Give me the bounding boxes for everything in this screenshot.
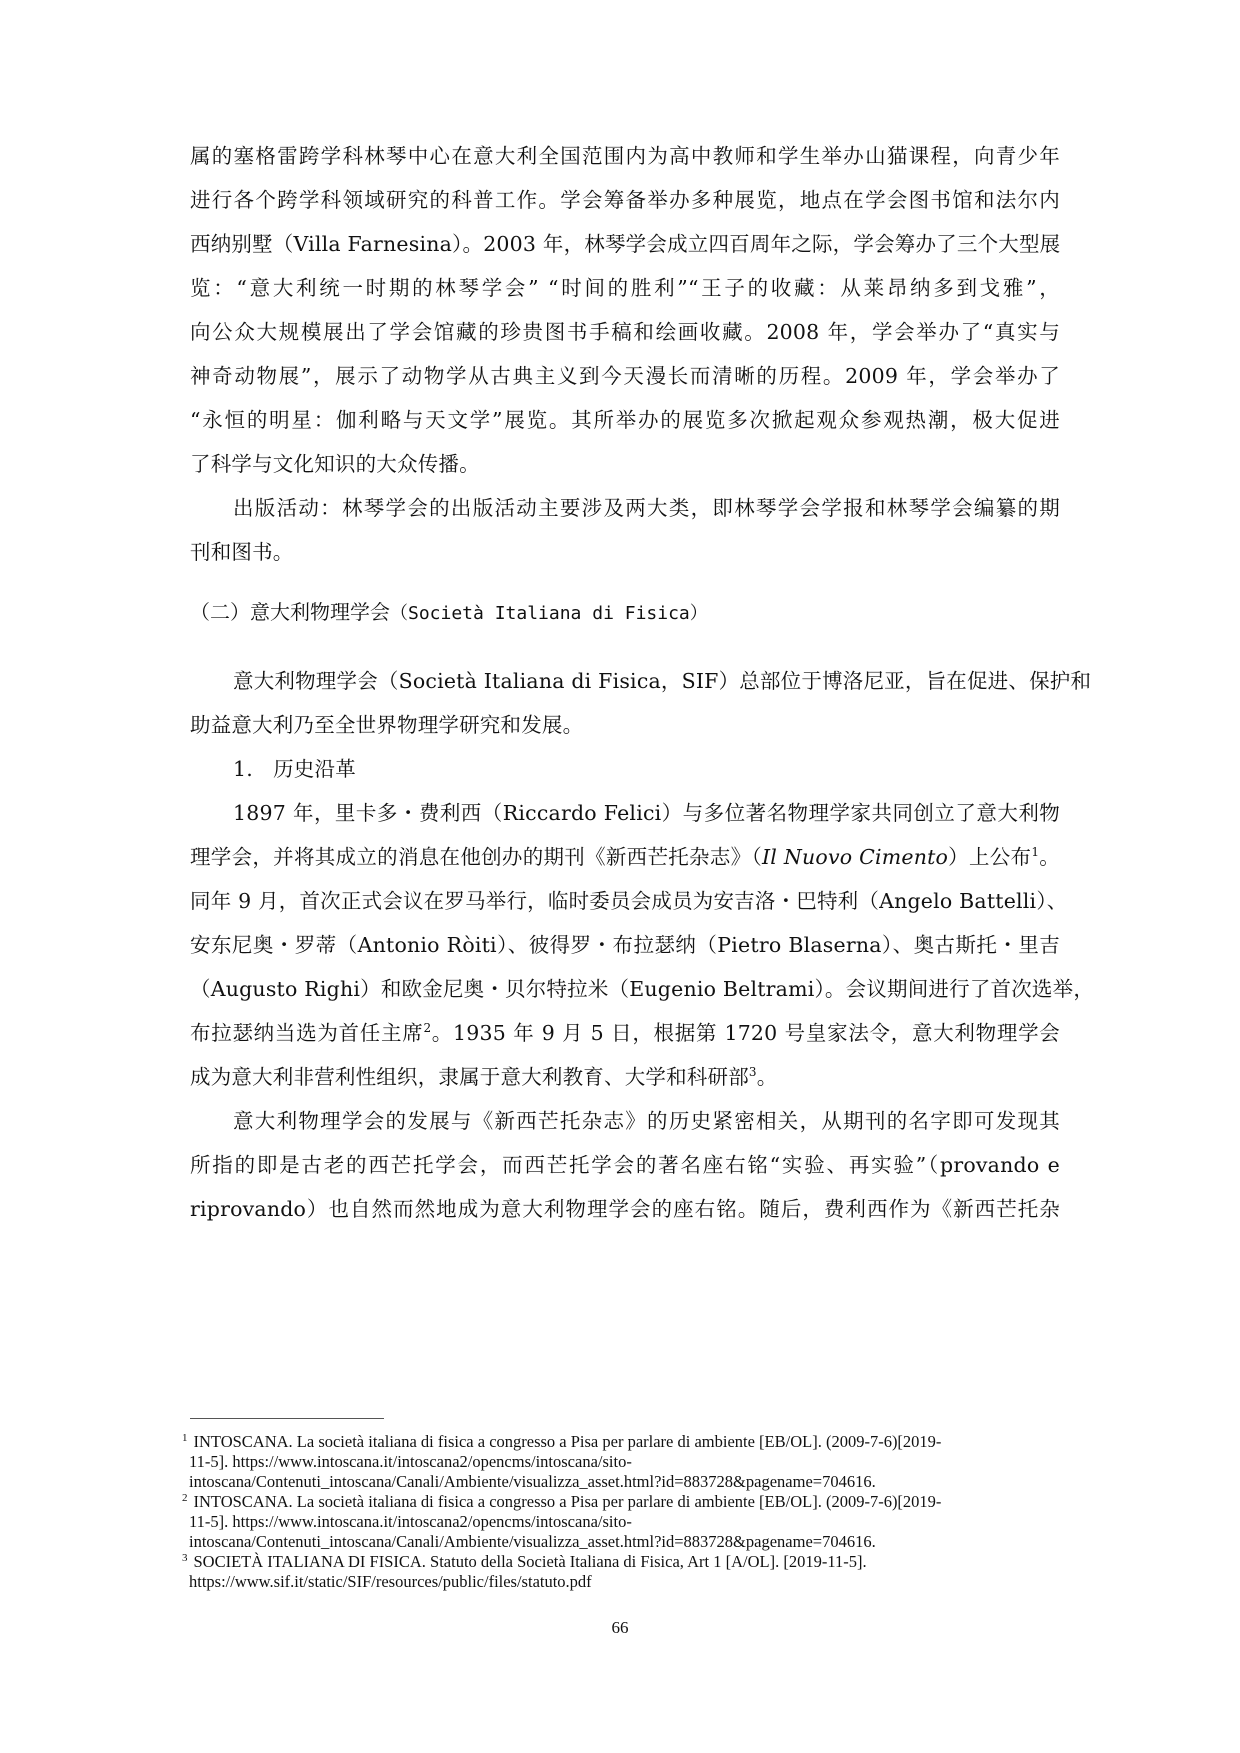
page-number: 66 (0, 1618, 1240, 1638)
body-text-line: 览：“意大利统一时期的林琴学会” “时间的胜利”“王子的收藏：从莱昂纳多到戈雅”… (190, 274, 1060, 302)
body-text-line: 向公众大规模展出了学会馆藏的珍贵图书手稿和绘画收藏。2008 年，学会举办了“真… (190, 318, 1060, 346)
document-page: 属的塞格雷跨学科林琴中心在意大利全国范围内为高中教师和学生举办山猫课程，向青少年… (0, 0, 1240, 1753)
journal-title-italic: Il Nuovo Cimento (762, 845, 948, 869)
footnote-ref-3[interactable]: 3 (749, 1065, 757, 1079)
body-text-line: 意大利物理学会（Società Italiana di Fisica，SIF）总… (233, 667, 1060, 695)
body-text-line: 西纳别墅（Villa Farnesina）。2003 年，林琴学会成立四百周年之… (190, 230, 1060, 258)
body-text-line: 出版活动：林琴学会的出版活动主要涉及两大类，即林琴学会学报和林琴学会编纂的期 (233, 494, 1060, 522)
footnote-number: 3 (182, 1552, 188, 1564)
footnote-number: 1 (182, 1432, 188, 1444)
footnote-text: SOCIETÀ ITALIANA DI FISICA. Statuto dell… (194, 1552, 867, 1571)
footnote-1: 1INTOSCANA. La società italiana di fisic… (182, 1432, 1072, 1492)
body-text-line: 进行各个跨学科领域研究的科普工作。学会筹备举办多种展览，地点在学会图书馆和法尔内 (190, 186, 1060, 214)
text-segment: 。 (757, 1065, 778, 1089)
footnote-link[interactable]: https://www.sif.it/static/SIF/resources/… (182, 1572, 1072, 1592)
body-text-line: 1897 年，里卡多・费利西（Riccardo Felici）与多位著名物理学家… (233, 799, 1060, 827)
footnote-text: 11-5]. https://www.intoscana.it/intoscan… (182, 1452, 1072, 1472)
body-text-line: 刊和图书。 (190, 538, 1060, 566)
footnote-text: INTOSCANA. La società italiana di fisica… (194, 1432, 942, 1451)
body-text-line: （Augusto Righi）和欧金尼奥・贝尔特拉米（Eugenio Beltr… (190, 975, 1060, 1003)
footnote-text: 11-5]. https://www.intoscana.it/intoscan… (182, 1512, 1072, 1532)
body-text-line: 成为意大利非营利性组织，隶属于意大利教育、大学和科研部3。 (190, 1063, 1060, 1091)
footnote-separator (190, 1418, 384, 1419)
body-text-line: “永恒的明星：伽利略与天文学”展览。其所举办的展览多次掀起观众参观热潮，极大促进 (190, 406, 1060, 434)
body-text-line: 助益意大利乃至全世界物理学研究和发展。 (190, 711, 1060, 739)
section-heading: （二）意大利物理学会（Società Italiana di Fisica） (190, 598, 708, 628)
body-text-line: 所指的即是古老的西芒托学会，而西芒托学会的著名座右铭“实验、再实验”（prova… (190, 1151, 1060, 1179)
footnote-2: 2INTOSCANA. La società italiana di fisic… (182, 1492, 1072, 1552)
text-segment: 布拉瑟纳当选为首任主席 (190, 1021, 423, 1045)
body-text-line: 同年 9 月，首次正式会议在罗马举行，临时委员会成员为安吉洛・巴特利（Angel… (190, 887, 1060, 915)
body-text-line: 了科学与文化知识的大众传播。 (190, 450, 1060, 478)
footnote-number: 2 (182, 1492, 188, 1504)
section-heading-cn: （二）意大利物理学会 (190, 600, 390, 624)
body-text-line: 神奇动物展”，展示了动物学从古典主义到今天漫长而清晰的历程。2009 年，学会举… (190, 362, 1060, 390)
body-text-line: riprovando）也自然而然地成为意大利物理学会的座右铭。随后，费利西作为《… (190, 1195, 1060, 1223)
body-text-line: 理学会，并将其成立的消息在他创办的期刊《新西芒托杂志》（Il Nuovo Cim… (190, 843, 1060, 871)
section-heading-latin: （Società Italiana di Fisica） (390, 603, 708, 624)
text-segment: 。 (1039, 845, 1060, 869)
body-text-line: 安东尼奥・罗蒂（Antonio Ròiti）、彼得罗・布拉瑟纳（Pietro B… (190, 931, 1060, 959)
footnote-3: 3SOCIETÀ ITALIANA DI FISICA. Statuto del… (182, 1552, 1072, 1592)
footnote-link[interactable]: intoscana/Contenuti_intoscana/Canali/Amb… (182, 1472, 1072, 1492)
subheading: 1. 历史沿革 (233, 755, 1060, 783)
body-text-line: 属的塞格雷跨学科林琴中心在意大利全国范围内为高中教师和学生举办山猫课程，向青少年 (190, 142, 1060, 170)
footnote-link[interactable]: intoscana/Contenuti_intoscana/Canali/Amb… (182, 1532, 1072, 1552)
text-segment: 成为意大利非营利性组织，隶属于意大利教育、大学和科研部 (190, 1065, 749, 1089)
text-segment: ）上公布 (948, 845, 1031, 869)
text-segment: 理学会，并将其成立的消息在他创办的期刊《新西芒托杂志》（ (190, 845, 762, 869)
text-segment: 。1935 年 9 月 5 日，根据第 1720 号皇家法令，意大利物理学会 (431, 1021, 1060, 1045)
body-text-line: 布拉瑟纳当选为首任主席2。1935 年 9 月 5 日，根据第 1720 号皇家… (190, 1019, 1060, 1047)
footnote-text: INTOSCANA. La società italiana di fisica… (194, 1492, 942, 1511)
body-text-line: 意大利物理学会的发展与《新西芒托杂志》的历史紧密相关，从期刊的名字即可发现其 (233, 1107, 1060, 1135)
